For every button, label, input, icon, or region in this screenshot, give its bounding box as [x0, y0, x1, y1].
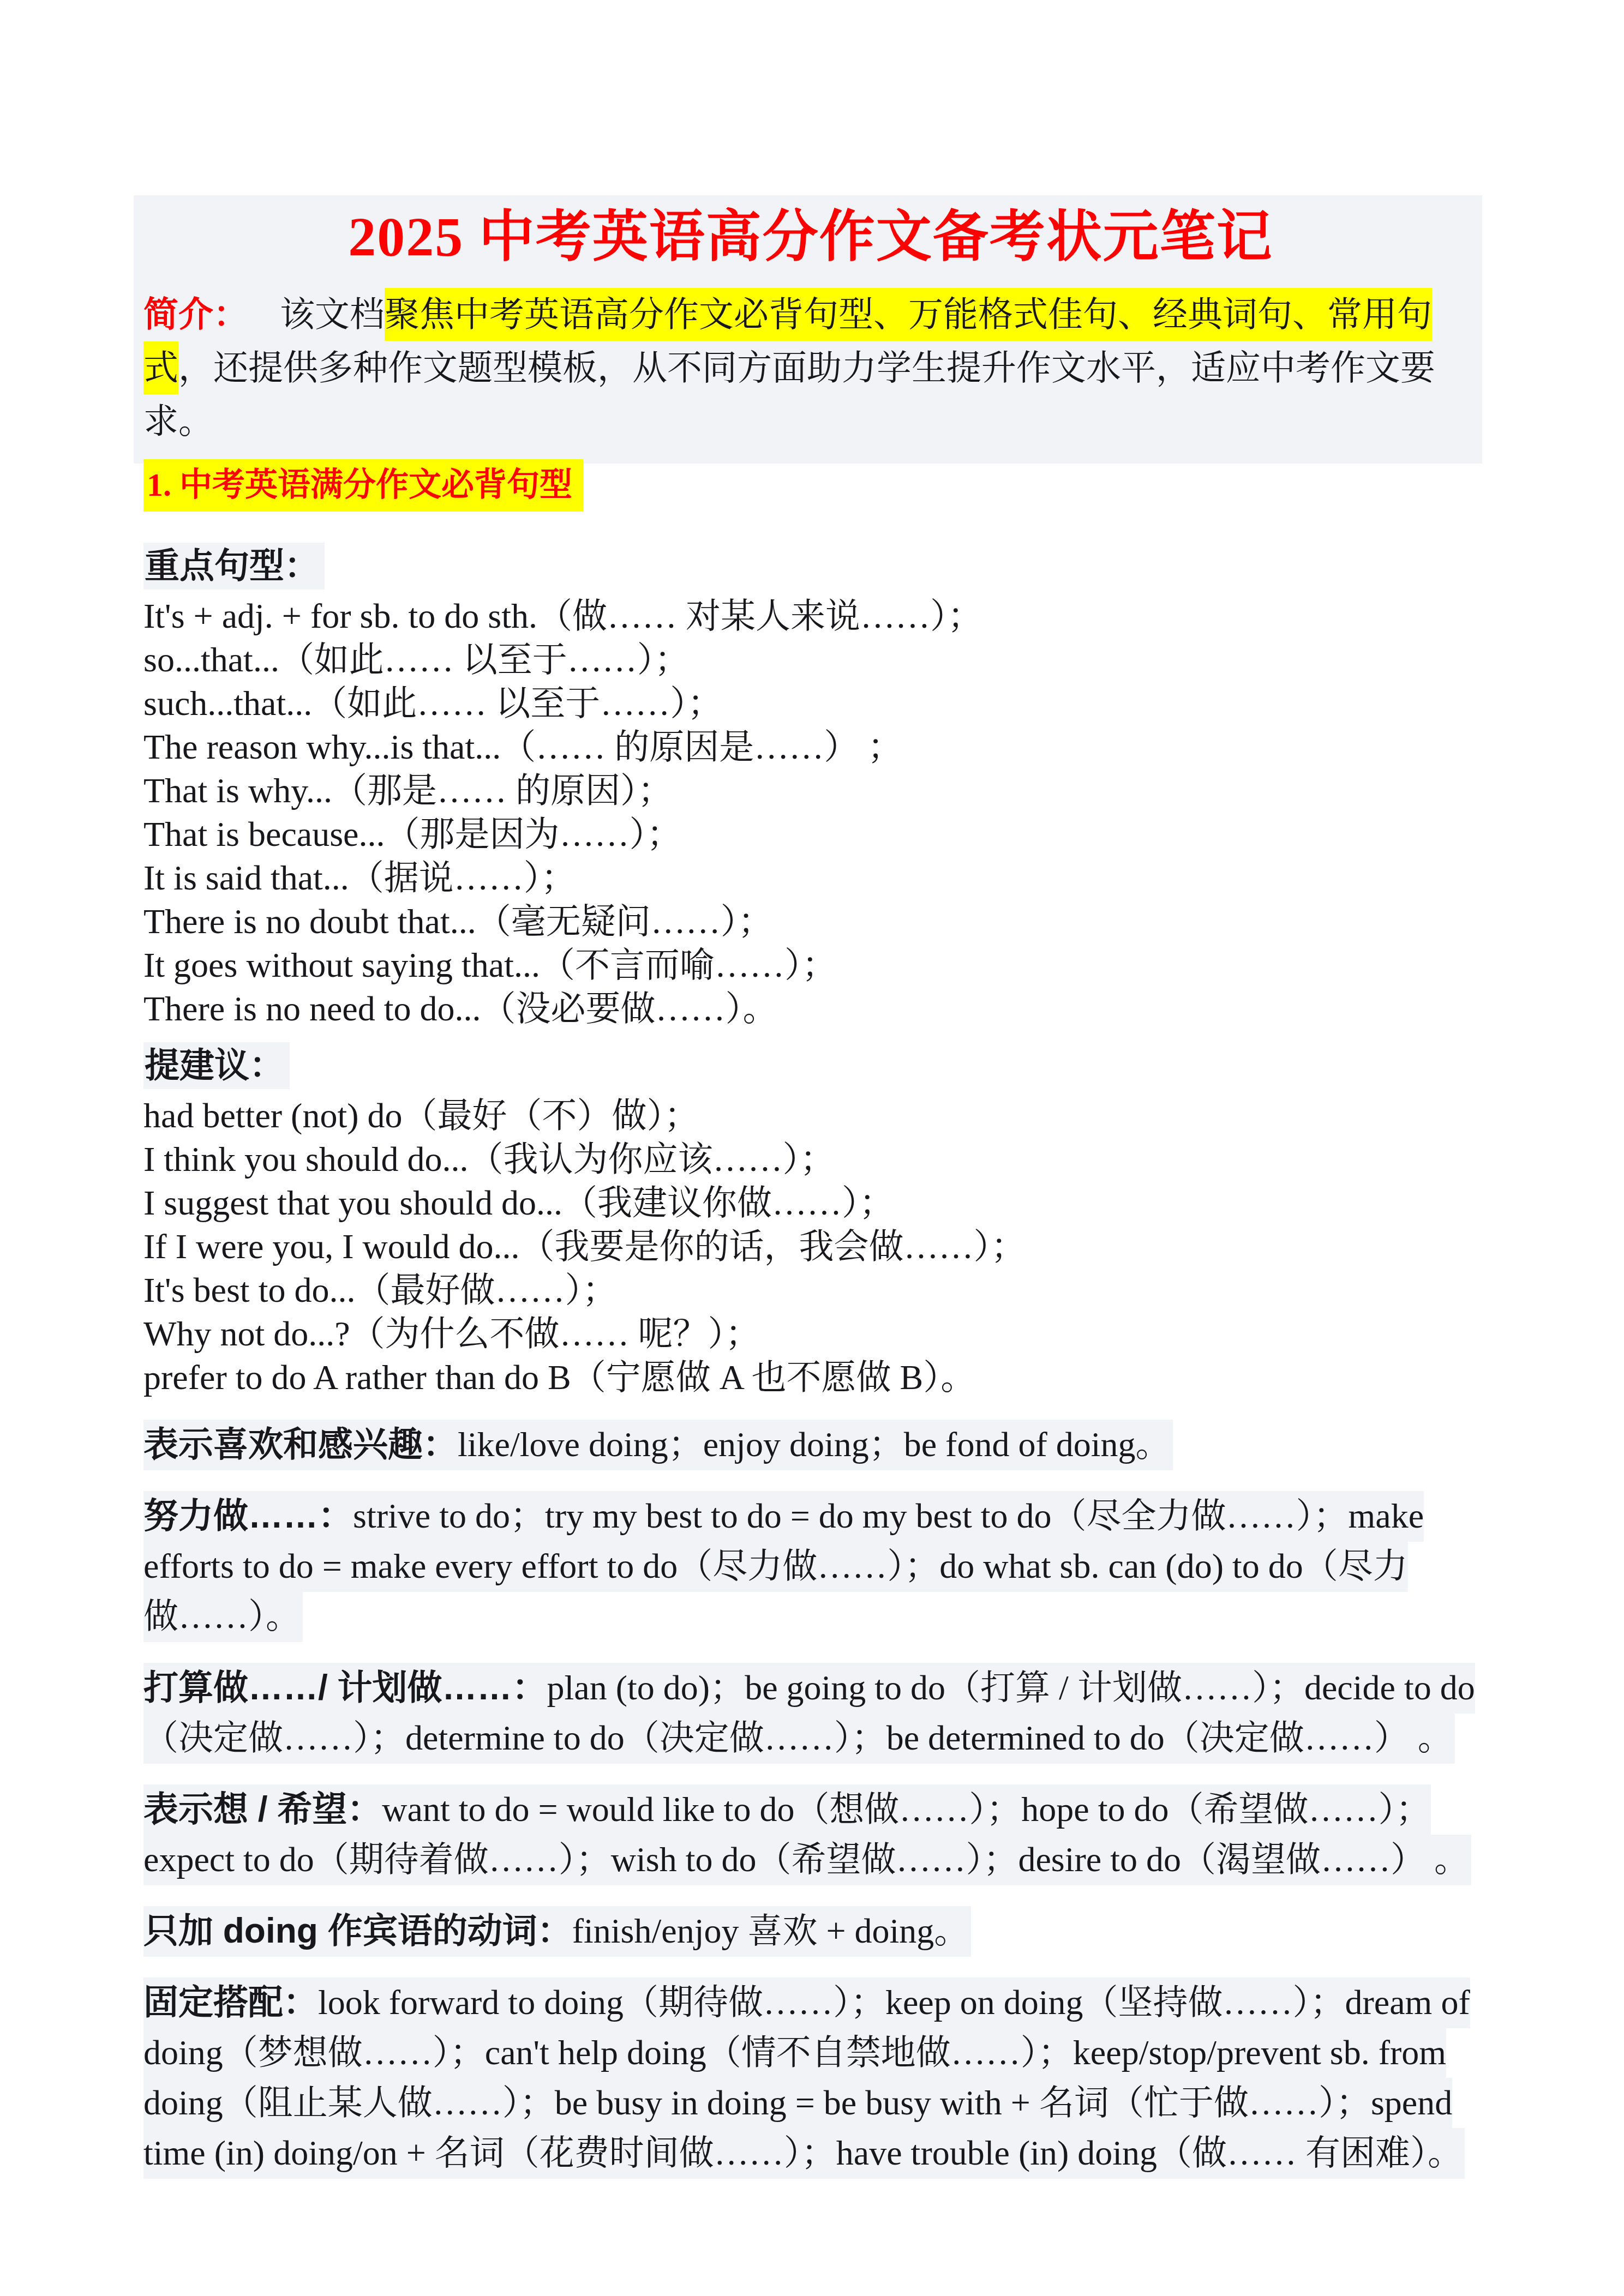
pattern-line: It goes without saying that...（不言而喻……）；	[143, 943, 1481, 987]
pattern-line: such...that...（如此…… 以至于……）；	[143, 682, 1481, 725]
suggestions-label-text: 提建议：	[143, 1042, 290, 1089]
key-patterns-section: 重点句型： It's + adj. + for sb. to do sth.（做…	[143, 542, 1481, 1031]
section-heading: 1. 中考英语满分作文必背句型	[143, 459, 1481, 512]
pattern-paragraph-shaded: 固定搭配：look forward to doing（期待做……）；keep o…	[143, 1978, 1470, 2179]
pattern-paragraph: 只加 doing 作宾语的动词：finish/enjoy 喜欢 + doing。	[143, 1906, 1481, 1956]
paragraph-text: like/love doing；enjoy doing；be fond of d…	[458, 1425, 1171, 1464]
key-patterns-list: It's + adj. + for sb. to do sth.（做…… 对某人…	[143, 594, 1481, 1031]
pattern-line: so...that...（如此…… 以至于……）；	[143, 638, 1481, 682]
suggestion-line: If I were you, I would do...（我要是你的话，我会做……	[143, 1225, 1481, 1269]
paragraph-label: 表示想 / 希望：	[143, 1789, 382, 1829]
paragraph-text: finish/enjoy 喜欢 + doing。	[572, 1912, 969, 1950]
doc-title: 2025 中考英语高分作文备考状元笔记	[143, 202, 1478, 274]
suggestion-line: I think you should do...（我认为你应该……）；	[143, 1138, 1481, 1181]
intro-text-before-highlight: 该文档	[280, 295, 385, 334]
pattern-paragraph-shaded: 打算做……/ 计划做……：plan (to do)；be going to do…	[143, 1663, 1475, 1764]
suggestion-line: It's best to do...（最好做……）；	[143, 1269, 1481, 1312]
pattern-line: The reason why...is that...（…… 的原因是……） ；	[143, 725, 1481, 769]
pattern-line: That is because...（那是因为……）；	[143, 813, 1481, 856]
suggestion-line: had better (not) do（最好（不）做）；	[143, 1094, 1481, 1138]
suggestion-line: prefer to do A rather than do B（宁愿做 A 也不…	[143, 1356, 1481, 1399]
collocation-paragraphs: 表示喜欢和感兴趣：like/love doing；enjoy doing；be …	[143, 1419, 1481, 2178]
key-patterns-label-text: 重点句型：	[143, 543, 325, 590]
paragraph-label: 只加 doing 作宾语的动词：	[143, 1911, 572, 1950]
pattern-line: It's + adj. + for sb. to do sth.（做…… 对某人…	[143, 594, 1481, 638]
pattern-paragraph: 表示喜欢和感兴趣：like/love doing；enjoy doing；be …	[143, 1419, 1481, 1470]
suggestion-line: I suggest that you should do...（我建议你做……）…	[143, 1181, 1481, 1225]
paragraph-text: look forward to doing（期待做……）；keep on doi…	[143, 1983, 1470, 2172]
suggestion-line: Why not do...?（为什么不做…… 呢？）；	[143, 1312, 1481, 1356]
key-patterns-label: 重点句型：	[143, 542, 1481, 589]
pattern-paragraph-shaded: 只加 doing 作宾语的动词：finish/enjoy 喜欢 + doing。	[143, 1906, 971, 1957]
paragraph-label: 固定搭配：	[143, 1982, 318, 2022]
pattern-line: There is no doubt that...（毫无疑问……）；	[143, 900, 1481, 943]
pattern-line: There is no need to do...（没必要做……）。	[143, 987, 1481, 1031]
intro-text-after-highlight: ，还提供多种作文题型模板，从不同方面助力学生提升作文水平，适应中考作文要求。	[143, 348, 1435, 441]
pattern-line: That is why...（那是…… 的原因）；	[143, 769, 1481, 813]
intro-paragraph: 简介：该文档聚焦中考英语高分作文必背句型、万能格式佳句、经典词句、常用句式，还提…	[143, 288, 1478, 448]
paragraph-label: 打算做……/ 计划做……：	[143, 1668, 547, 1707]
suggestions-label: 提建议：	[143, 1042, 1481, 1089]
pattern-paragraph: 打算做……/ 计划做……：plan (to do)；be going to do…	[143, 1662, 1481, 1763]
intro-label: 简介：	[143, 295, 248, 334]
paragraph-label: 努力做……：	[143, 1496, 353, 1535]
main-content: 1. 中考英语满分作文必背句型 重点句型： It's + adj. + for …	[143, 459, 1481, 2199]
paragraph-label: 表示喜欢和感兴趣：	[143, 1425, 458, 1464]
pattern-paragraph: 固定搭配：look forward to doing（期待做……）；keep o…	[143, 1977, 1481, 2178]
pattern-paragraph-shaded: 表示想 / 希望：want to do = would like to do（想…	[143, 1784, 1471, 1885]
pattern-paragraph: 努力做……：strive to do；try my best to do = d…	[143, 1490, 1481, 1642]
suggestions-section: 提建议： had better (not) do（最好（不）做）； I thin…	[143, 1042, 1481, 1399]
intro-block: 2025 中考英语高分作文备考状元笔记 简介：该文档聚焦中考英语高分作文必背句型…	[134, 195, 1482, 464]
suggestions-list: had better (not) do（最好（不）做）； I think you…	[143, 1094, 1481, 1399]
pattern-paragraph-shaded: 表示喜欢和感兴趣：like/love doing；enjoy doing；be …	[143, 1420, 1173, 1470]
section-heading-text: 1. 中考英语满分作文必背句型	[143, 459, 583, 512]
pattern-line: It is said that...（据说……）；	[143, 856, 1481, 900]
pattern-paragraph-shaded: 努力做……：strive to do；try my best to do = d…	[143, 1491, 1424, 1642]
pattern-paragraph: 表示想 / 希望：want to do = would like to do（想…	[143, 1784, 1481, 1885]
